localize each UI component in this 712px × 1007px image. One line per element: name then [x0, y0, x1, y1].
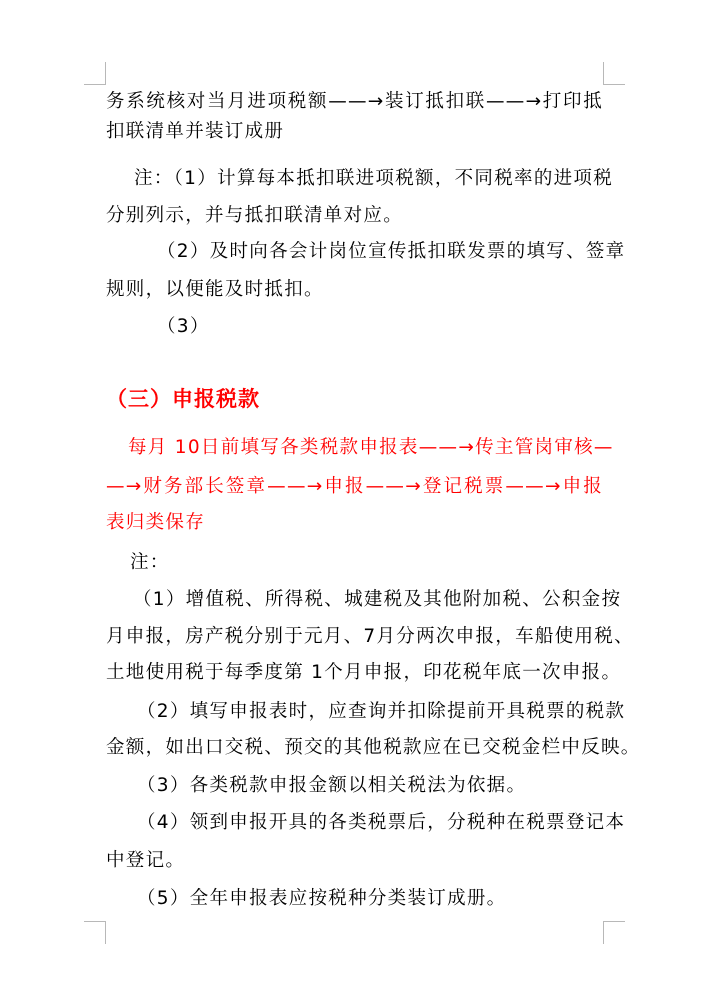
- note-2-line-1: （2）及时向各会计岗位宣传抵扣联发票的填写、签章: [157, 239, 603, 265]
- tax-note-2-line-1: （2）填写申报表时，应查询并扣除提前开具税票的税款: [137, 699, 603, 725]
- document-page: 务系统核对当月进项税额——→装订抵扣联——→打印抵 扣联清单并装订成册 注：（1…: [0, 0, 712, 1007]
- flow-line-2: —→财务部长签章——→申报——→登记税票——→申报: [106, 474, 603, 500]
- crop-mark-top-right: [603, 62, 625, 85]
- tax-note-4-line-1: （4）领到申报开具的各类税票后，分税种在税票登记本: [137, 810, 603, 836]
- crop-mark-bottom-left: [84, 921, 106, 944]
- tax-note-1-line-3: 土地使用税于每季度第 1个月申报，印花税年底一次申报。: [106, 660, 603, 686]
- note-3-line-1: （3）: [157, 314, 654, 340]
- tax-note-4-line-2: 中登记。: [106, 848, 603, 874]
- tax-note-3-line-1: （3）各类税款申报金额以相关税法为依据。: [137, 773, 634, 799]
- crop-mark-bottom-right: [603, 921, 625, 944]
- section-heading: （三）申报税款: [106, 384, 260, 414]
- flow-line-3: 表归类保存: [106, 510, 603, 536]
- notes-label: 注：: [130, 550, 627, 576]
- note-1-line-1: 注：（1）计算每本抵扣联进项税额，不同税率的进项税: [134, 166, 603, 192]
- flow-line-1: 每月 10日前填写各类税款申报表——→传主管岗审核—: [128, 435, 603, 461]
- note-1-line-2: 分别列示，并与抵扣联清单对应。: [106, 203, 603, 229]
- tax-note-2-line-2: 金额，如出口交税、预交的其他税款应在已交税金栏中反映。: [106, 735, 603, 761]
- tax-note-5-line-1: （5）全年申报表应按税种分类装订成册。: [137, 886, 634, 912]
- continuation-line-2: 扣联清单并装订成册: [106, 119, 603, 145]
- tax-note-1-line-2: 月申报，房产税分别于元月、7月分两次申报，车船使用税、: [106, 624, 603, 650]
- tax-note-1-line-1: （1）增值税、所得税、城建税及其他附加税、公积金按: [133, 587, 603, 613]
- continuation-line-1: 务系统核对当月进项税额——→装订抵扣联——→打印抵: [106, 89, 603, 115]
- crop-mark-top-left: [84, 62, 106, 85]
- note-2-line-2: 规则，以便能及时抵扣。: [106, 277, 603, 303]
